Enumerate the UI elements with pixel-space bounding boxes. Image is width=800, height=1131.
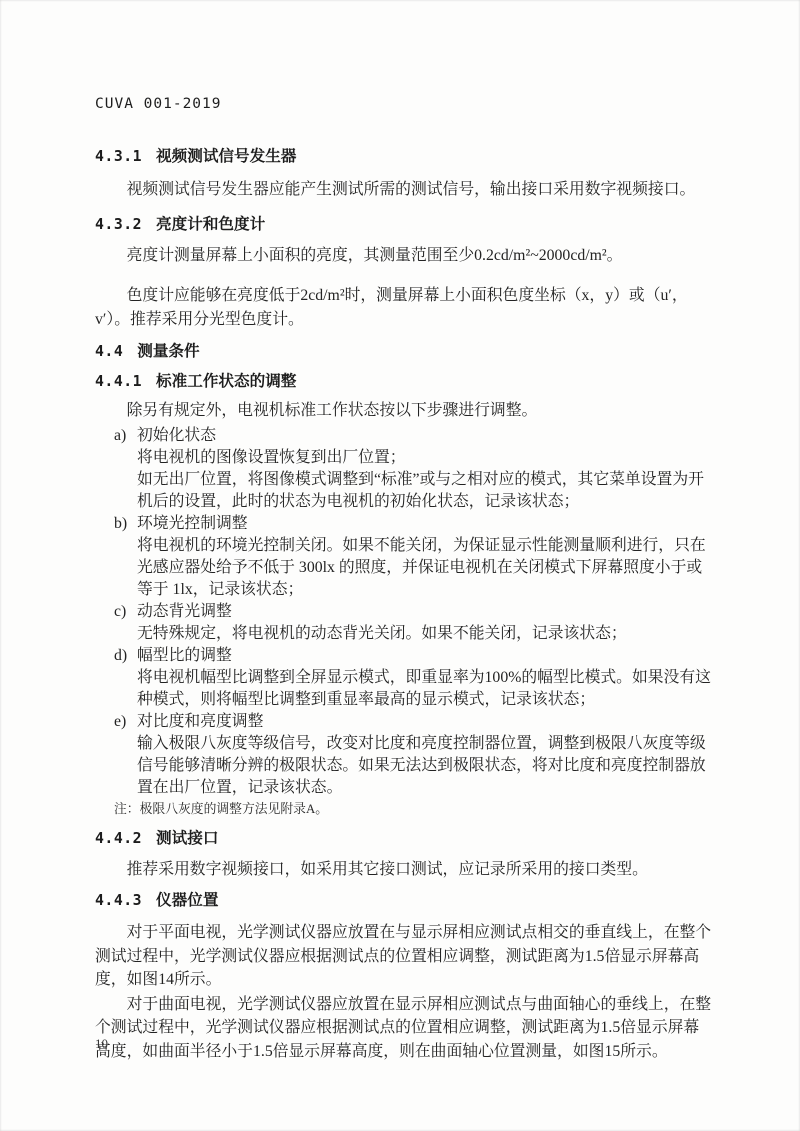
section-heading-4-4-2: 4.4.2测试接口	[95, 830, 712, 848]
section-title: 亮度计和色度计	[156, 216, 265, 233]
paragraph-4-4-3-curved-tv: 对于曲面电视，光学测试仪器应放置在显示屏相应测试点与曲面轴心的垂线上，在整个测试…	[95, 993, 712, 1064]
section-number: 4.4.1	[95, 373, 142, 390]
list-item-body: 将电视机幅型比调整到全屏显示模式，即重显率为100%的幅型比模式。如果没有这种模…	[137, 667, 712, 711]
document-page: CUVA 001-2019 4.3.1视频测试信号发生器 视频测试信号发生器应能…	[0, 0, 800, 1131]
section-title: 视频测试信号发生器	[156, 148, 296, 165]
list-item-title: 环境光控制调整	[137, 513, 712, 535]
list-item-label: d)	[114, 645, 127, 667]
paragraph-4-3-1: 视频测试信号发生器应能产生测试所需的测试信号，输出接口采用数字视频接口。	[95, 181, 712, 199]
section-heading-4-3-1: 4.3.1视频测试信号发生器	[95, 148, 712, 166]
paragraph-4-4-2: 推荐采用数字视频接口，如采用其它接口测试，应记录所采用的接口类型。	[95, 861, 712, 879]
page-content: CUVA 001-2019 4.3.1视频测试信号发生器 视频测试信号发生器应能…	[95, 96, 712, 1063]
list-item-body: 无特殊规定，将电视机的动态背光关闭。如果不能关闭，记录该状态；	[137, 623, 712, 645]
page-number: 10	[95, 1036, 108, 1052]
section-heading-4-3-2: 4.3.2亮度计和色度计	[95, 216, 712, 234]
list-item-c: c) 动态背光调整 无特殊规定，将电视机的动态背光关闭。如果不能关闭，记录该状态…	[95, 601, 712, 645]
paragraph-4-4-1-intro: 除另有规定外，电视机标准工作状态按以下步骤进行调整。	[95, 402, 712, 419]
section-number: 4.4.3	[95, 892, 142, 909]
list-item-b: b) 环境光控制调整 将电视机的环境光控制关闭。如果不能关闭，为保证显示性能测量…	[95, 513, 712, 601]
list-item-title: 对比度和亮度调整	[137, 711, 712, 733]
document-code-header: CUVA 001-2019	[95, 96, 712, 112]
section-number: 4.3.1	[95, 148, 142, 165]
note-appendix-a: 注：极限八灰度的调整方法见附录A。	[95, 802, 712, 816]
section-title: 测量条件	[137, 343, 199, 360]
list-item-label: b)	[114, 513, 127, 535]
section-title: 测试接口	[156, 830, 218, 847]
section-title: 标准工作状态的调整	[156, 373, 296, 390]
list-item-body: 如无出厂位置，将图像模式调整到“标准”或与之相对应的模式，其它菜单设置为开机后的…	[137, 469, 712, 513]
list-item-title: 幅型比的调整	[137, 645, 712, 667]
paragraph-4-4-3-flat-tv: 对于平面电视，光学测试仪器应放置在与显示屏相应测试点相交的垂直线上，在整个测试过…	[95, 921, 712, 992]
section-heading-4-4-3: 4.4.3仪器位置	[95, 892, 712, 910]
list-item-label: a)	[114, 425, 126, 447]
list-item-body: 将电视机的环境光控制关闭。如果不能关闭，为保证显示性能测量顺利进行，只在光感应器…	[137, 535, 712, 601]
section-heading-4-4: 4.4测量条件	[95, 343, 712, 361]
list-item-e: e) 对比度和亮度调整 输入极限八灰度等级信号，改变对比度和亮度控制器位置，调整…	[95, 711, 712, 799]
adjustment-steps-list: a) 初始化状态 将电视机的图像设置恢复到出厂位置； 如无出厂位置，将图像模式调…	[95, 425, 712, 799]
paragraph-4-3-2-chromaticity: 色度计应能够在亮度低于2cd/m²时，测量屏幕上小面积色度坐标（x，y）或（u′…	[95, 284, 712, 332]
paragraph-4-3-2-luminance: 亮度计测量屏幕上小面积的亮度，其测量范围至少0.2cd/m²~2000cd/m²…	[95, 247, 712, 265]
list-item-body: 输入极限八灰度等级信号，改变对比度和亮度控制器位置，调整到极限八灰度等级信号能够…	[137, 733, 712, 799]
section-number: 4.4.2	[95, 830, 142, 847]
section-number: 4.4	[95, 343, 123, 360]
list-item-title: 初始化状态	[137, 425, 712, 447]
list-item-a: a) 初始化状态 将电视机的图像设置恢复到出厂位置； 如无出厂位置，将图像模式调…	[95, 425, 712, 513]
list-item-title: 动态背光调整	[137, 601, 712, 623]
list-item-label: c)	[114, 601, 126, 623]
section-title: 仪器位置	[156, 892, 218, 909]
list-item-body: 将电视机的图像设置恢复到出厂位置；	[137, 447, 712, 469]
list-item-label: e)	[114, 711, 126, 733]
section-number: 4.3.2	[95, 216, 142, 233]
section-heading-4-4-1: 4.4.1标准工作状态的调整	[95, 373, 712, 391]
list-item-d: d) 幅型比的调整 将电视机幅型比调整到全屏显示模式，即重显率为100%的幅型比…	[95, 645, 712, 711]
